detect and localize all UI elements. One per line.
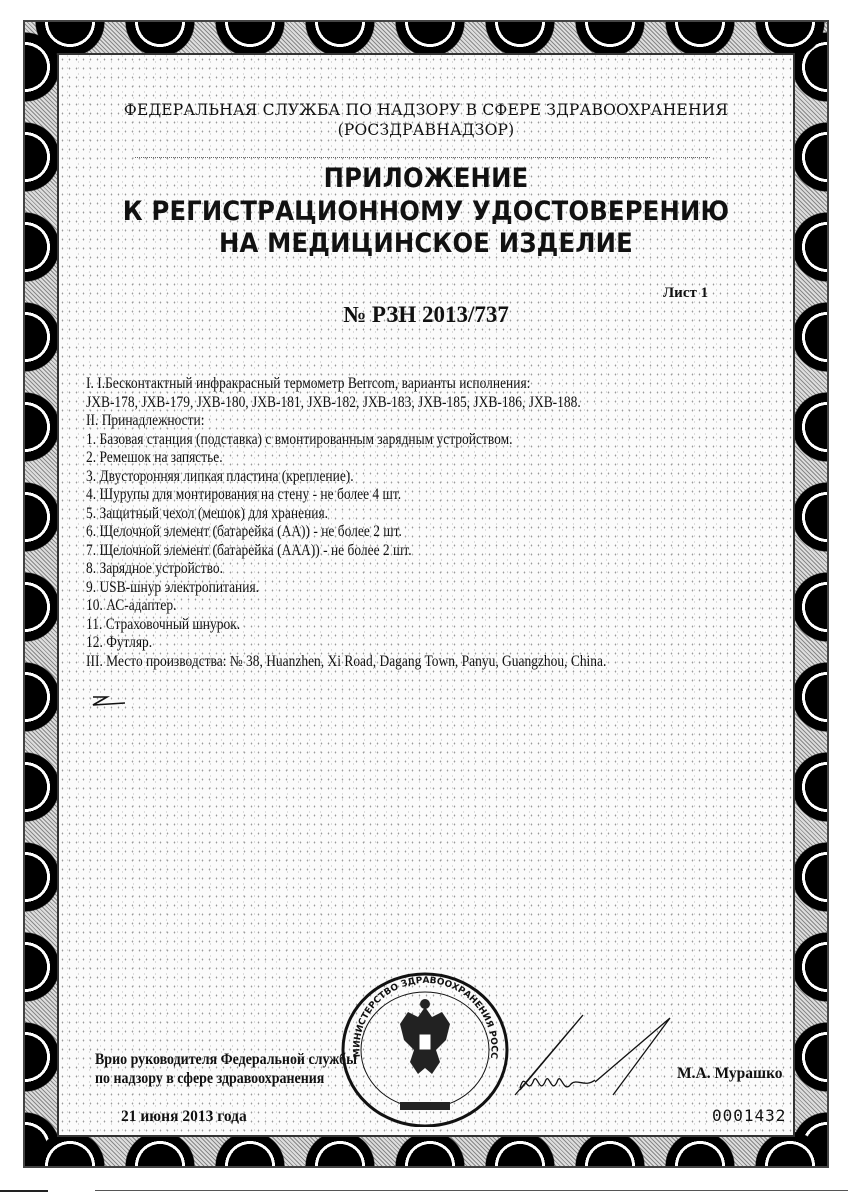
registration-number: № РЗН 2013/737: [60, 302, 792, 328]
body-line: 6. Щелочной элемент (батарейка (AA)) - н…: [86, 523, 702, 542]
signer-position-line1: Врио руководителя Федеральной службы: [95, 1051, 357, 1069]
body-line: 8. Зарядное устройство.: [86, 560, 702, 579]
scan-edge-mark: [0, 1190, 48, 1192]
body-line: II. Принадлежности:: [86, 412, 702, 431]
scan-edge-mark: [95, 1190, 848, 1191]
body-line: I. I.Бесконтактный инфракрасный термомет…: [86, 375, 702, 394]
official-seal-icon: МИНИСТЕРСТВО ЗДРАВООХРАНЕНИЯ РОССИЙСКОЙ …: [338, 962, 513, 1127]
document-title: ПРИЛОЖЕНИЕ: [97, 163, 756, 194]
body-line: JXB-178, JXB-179, JXB-180, JXB-181, JXB-…: [86, 394, 702, 413]
signer-name: М.А. Мурашко: [677, 1065, 783, 1083]
issue-date: 21 июня 2013 года: [121, 1108, 247, 1126]
body-line: 1. Базовая станция (подставка) с вмонтир…: [86, 431, 702, 450]
signature-icon: [505, 1000, 675, 1100]
end-of-text-mark-icon: [85, 693, 130, 713]
agency-name: ФЕДЕРАЛЬНАЯ СЛУЖБА ПО НАДЗОРУ В СФЕРЕ ЗД…: [60, 101, 792, 119]
body-line: III. Место производства: № 38, Huanzhen,…: [86, 653, 702, 672]
agency-abbreviation: (РОСЗДРАВНАДЗОР): [60, 121, 792, 139]
body-line: 3. Двусторонняя липкая пластина (креплен…: [86, 468, 702, 487]
sheet-number: Лист 1: [663, 285, 708, 302]
header-divider: [135, 157, 710, 158]
body-line: 10. АС-адаптер.: [86, 597, 702, 616]
serial-number: 0001432: [712, 1106, 786, 1125]
body-line: 7. Щелочной элемент (батарейка (AAA)) - …: [86, 542, 702, 561]
body-line: 12. Футляр.: [86, 634, 702, 653]
body-line: 4. Шурупы для монтирования на стену - не…: [86, 486, 702, 505]
document-subtitle-line1: К РЕГИСТРАЦИОННОМУ УДОСТОВЕРЕНИЮ: [97, 196, 756, 227]
body-line: 9. USB-шнур электропитания.: [86, 579, 702, 598]
body-line: 11. Страховочный шнурок.: [86, 616, 702, 635]
body-line: 5. Защитный чехол (мешок) для хранения.: [86, 505, 702, 524]
signer-position-line2: по надзору в сфере здравоохранения: [95, 1070, 324, 1088]
body-line: 2. Ремешок на запястье.: [86, 449, 702, 468]
document-body: I. I.Бесконтактный инфракрасный термомет…: [86, 375, 702, 671]
document-subtitle-line2: НА МЕДИЦИНСКОЕ ИЗДЕЛИЕ: [97, 228, 756, 259]
